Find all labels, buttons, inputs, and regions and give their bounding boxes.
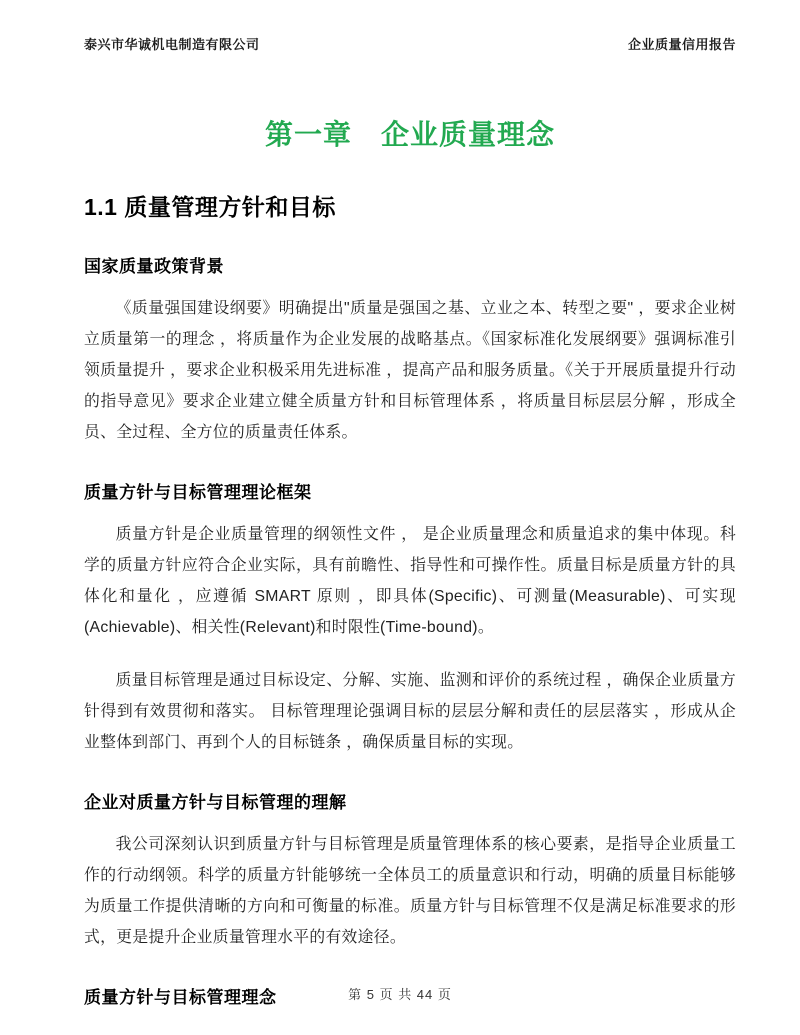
- section-title: 1.1 质量管理方针和目标: [84, 189, 736, 222]
- paragraph-theory-framework-1: 质量方针是企业质量管理的纲领性文件 ， 是企业质量理念和质量追求的集中体现。科学…: [84, 519, 736, 643]
- header-report-title: 企业质量信用报告: [628, 34, 736, 53]
- chapter-title: 第一章 企业质量理念: [84, 113, 736, 153]
- paragraph-theory-framework-2: 质量目标管理是通过目标设定、分解、实施、监测和评价的系统过程 ，确保企业质量方针…: [84, 665, 736, 758]
- subsection-heading-policy-background: 国家质量政策背景: [84, 252, 736, 277]
- paragraph-understanding: 我公司深刻认识到质量方针与目标管理是质量管理体系的核心要素，是指导企业质量工作的…: [84, 829, 736, 953]
- document-page: 泰兴市华诚机电制造有限公司 企业质量信用报告 第一章 企业质量理念 1.1 质量…: [0, 0, 800, 1035]
- subsection-heading-theory-framework: 质量方针与目标管理理论框架: [84, 478, 736, 503]
- header-company-name: 泰兴市华诚机电制造有限公司: [84, 34, 260, 53]
- page-header: 泰兴市华诚机电制造有限公司 企业质量信用报告: [84, 34, 736, 53]
- subsection-heading-understanding: 企业对质量方针与目标管理的理解: [84, 788, 736, 813]
- paragraph-policy-background: 《质量强国建设纲要》明确提出"质量是强国之基、立业之本、转型之要" ，要求企业树…: [84, 293, 736, 448]
- page-number-info: 第 5 页 共 44 页: [348, 987, 452, 1002]
- page-footer: 第 5 页 共 44 页: [0, 984, 800, 1003]
